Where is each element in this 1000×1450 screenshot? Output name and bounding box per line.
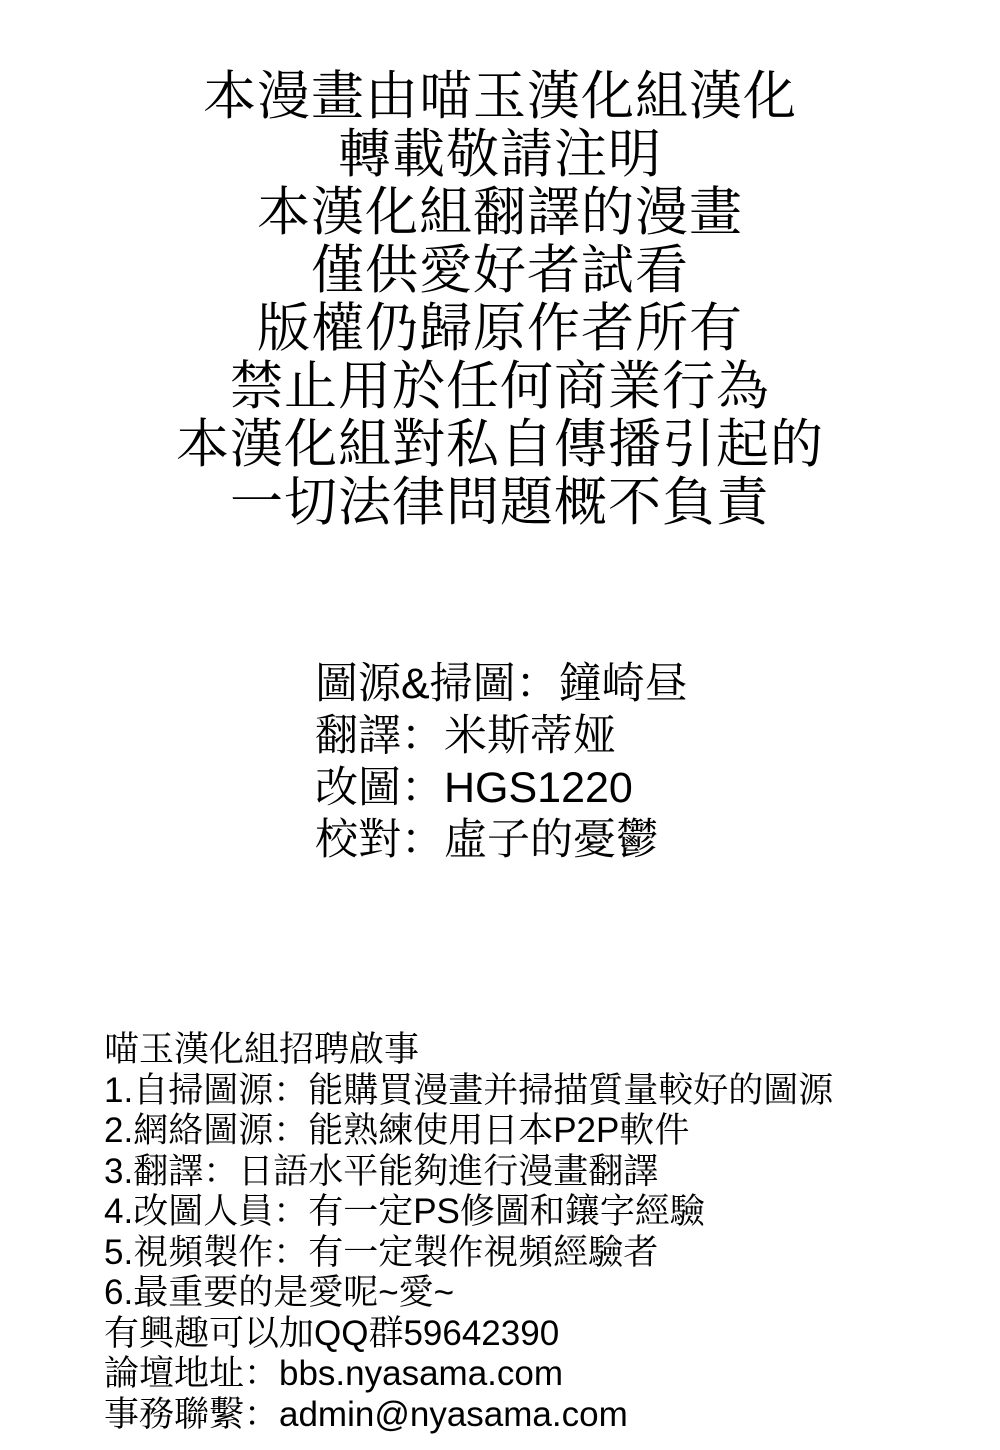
disclaimer-line-repost-credit: 轉載敬請注明 — [0, 126, 1000, 184]
disclaimer-block: 本漫畫由喵玉漢化組漢化 轉載敬請注明 本漢化組翻譯的漫畫 僅供愛好者試看 版權仍… — [0, 68, 1000, 532]
credit-editor: 改圖：HGS1220 — [315, 762, 688, 814]
recruitment-title: 喵玉漢化組招聘啟事 — [104, 1030, 833, 1071]
recruit-item-editing: 4.改圖人員：有一定PS修圖和鑲字經驗 — [104, 1192, 833, 1233]
disclaimer-line-fans-only: 僅供愛好者試看 — [0, 242, 1000, 300]
recruitment-block: 喵玉漢化組招聘啟事 1.自掃圖源：能購買漫畫并掃描質量較好的圖源 2.網絡圖源：… — [104, 1030, 833, 1435]
recruit-item-video: 5.視頻製作：有一定製作視頻經驗者 — [104, 1233, 833, 1274]
recruit-item-love: 6.最重要的是愛呢~愛~ — [104, 1273, 833, 1314]
credit-translator: 翻譯：米斯蒂娅 — [315, 710, 688, 762]
credit-raws-scan: 圖源&掃圖：鐘崎昼 — [315, 658, 688, 710]
disclaimer-line-liability-1: 本漢化組對私自傳播引起的 — [0, 416, 1000, 474]
recruit-forum-url: 論壇地址：bbs.nyasama.com — [104, 1354, 833, 1395]
disclaimer-line-copyright-owner: 版權仍歸原作者所有 — [0, 300, 1000, 358]
disclaimer-line-translated-manga: 本漢化組翻譯的漫畫 — [0, 184, 1000, 242]
disclaimer-line-group-attribution: 本漫畫由喵玉漢化組漢化 — [0, 68, 1000, 126]
credit-proofreader: 校對：虛子的憂鬱 — [315, 814, 688, 866]
staff-credits-block: 圖源&掃圖：鐘崎昼 翻譯：米斯蒂娅 改圖：HGS1220 校對：虛子的憂鬱 — [315, 658, 688, 866]
disclaimer-line-liability-2: 一切法律問題概不負責 — [0, 474, 1000, 532]
credits-page: 本漫畫由喵玉漢化組漢化 轉載敬請注明 本漢化組翻譯的漫畫 僅供愛好者試看 版權仍… — [0, 0, 1000, 1450]
recruit-item-translation: 3.翻譯：日語水平能夠進行漫畫翻譯 — [104, 1152, 833, 1193]
recruit-item-web-raws: 2.網絡圖源：能熟練使用日本P2P軟件 — [104, 1111, 833, 1152]
recruit-qq-group: 有興趣可以加QQ群59642390 — [104, 1314, 833, 1355]
recruit-contact-email: 事務聯繫：admin@nyasama.com — [104, 1395, 833, 1436]
recruit-item-self-scan: 1.自掃圖源：能購買漫畫并掃描質量較好的圖源 — [104, 1071, 833, 1112]
disclaimer-line-no-commercial-use: 禁止用於任何商業行為 — [0, 358, 1000, 416]
